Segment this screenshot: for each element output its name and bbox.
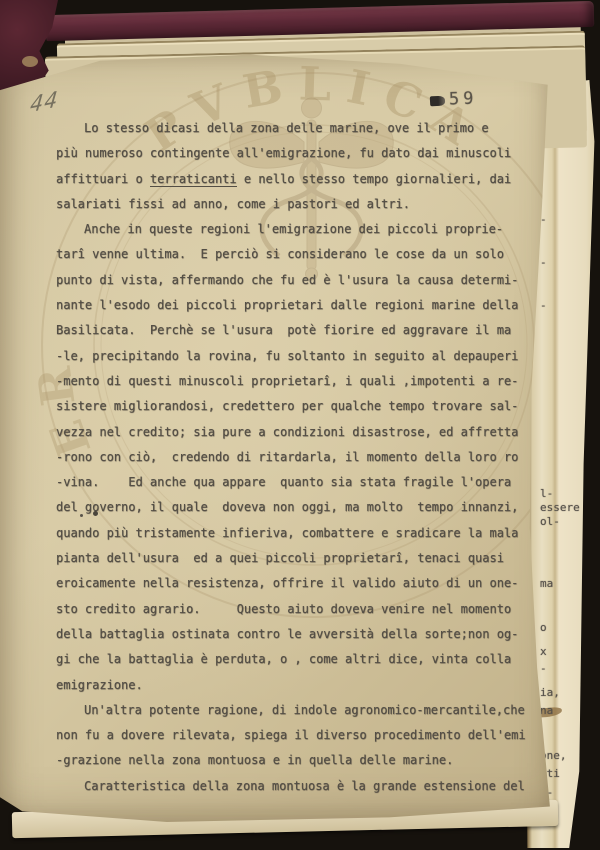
underlined-word: terraticanti xyxy=(150,172,237,187)
typewritten-line: sto credito agrario. Questo aiuto doveva… xyxy=(56,597,524,622)
document-page: PVBLICA ERI 44 59 Lo stesso dicasi della… xyxy=(0,50,556,822)
typewritten-line: non fu a dovere rilevata, spiega il dive… xyxy=(56,723,524,748)
next-page-text-fragment: - xyxy=(540,662,547,675)
typewritten-line: pianta dell'usura ed a quei piccoli prop… xyxy=(56,546,524,571)
typewritten-line: punto di vista, affermando che fu ed è l… xyxy=(56,268,524,293)
typewritten-line: Basilicata. Perchè se l'usura potè fiori… xyxy=(56,318,524,343)
typewritten-line: tarî venne ultima. E perciò si considera… xyxy=(56,242,524,267)
typewritten-line: Un'altra potente ragione, di indole agro… xyxy=(56,698,524,723)
typewritten-text: Lo stesso dicasi della zona delle marine… xyxy=(56,116,524,799)
next-page-text-fragment: x xyxy=(540,645,547,658)
typewritten-line: vezza nel credito; sia pure a condizioni… xyxy=(56,420,524,445)
typewritten-line: -grazione nella zona montuosa e in quell… xyxy=(56,748,524,773)
typewritten-line: Anche in queste regioni l'emigrazione de… xyxy=(56,217,524,242)
typewritten-line: nante l'esodo dei piccoli proprietari da… xyxy=(56,293,524,318)
typewritten-line: Lo stesso dicasi della zona delle marine… xyxy=(56,116,524,141)
typewritten-line: emigrazione. xyxy=(56,673,524,698)
typewritten-line: Caratteristica della zona montuosa è la … xyxy=(56,774,524,799)
typewritten-line: salariati fissi ad anno, come i pastori … xyxy=(56,192,524,217)
typewritten-line: affittuari o terraticanti e nello stesso… xyxy=(56,167,524,192)
next-page-text-fragment: ia, xyxy=(540,686,560,699)
next-page-text-fragment: essere xyxy=(540,501,580,514)
typewritten-line: -le, precipitando la rovina, fu soltanto… xyxy=(56,344,524,369)
typewritten-line: del governo, il quale doveva non oggi, m… xyxy=(56,495,524,520)
next-page-text-fragment: ol- xyxy=(540,515,560,528)
typewritten-line: -mento di questi minuscoli proprietarî, … xyxy=(56,369,524,394)
typewritten-line: della battaglia ostinata contro le avver… xyxy=(56,622,524,647)
typewritten-line: -rono con ciò, credendo di ritardarla, i… xyxy=(56,445,524,470)
typewritten-line: sistere migliorandosi, credettero per qu… xyxy=(56,394,524,419)
next-page-text-fragment: o xyxy=(540,621,547,634)
typewritten-line: eroicamente nella resistenza, offrire il… xyxy=(56,571,524,596)
next-page-text-fragment: - xyxy=(540,299,547,312)
next-page-text-fragment: na xyxy=(540,704,553,717)
next-page-text-fragment: - xyxy=(540,256,547,269)
typewritten-line: gi che la battaglia è perduta, o , come … xyxy=(56,647,524,672)
typewritten-line: più numeroso contingente all'emigrazione… xyxy=(56,141,524,166)
next-page-text-fragment: l- xyxy=(540,487,553,500)
spine-tear-mark xyxy=(22,56,38,67)
page-number: 59 xyxy=(449,89,478,110)
book-photo: ---l-essereol-maox-ia,naone,stio-. PVBLI… xyxy=(0,0,600,850)
next-page-text-fragment: ma xyxy=(540,577,553,590)
ink-blot xyxy=(430,96,446,107)
typewritten-line: quando più tristamente infieriva, combat… xyxy=(56,521,524,546)
typewritten-line: -vina. Ed anche qua appare quanto sia st… xyxy=(56,470,524,495)
